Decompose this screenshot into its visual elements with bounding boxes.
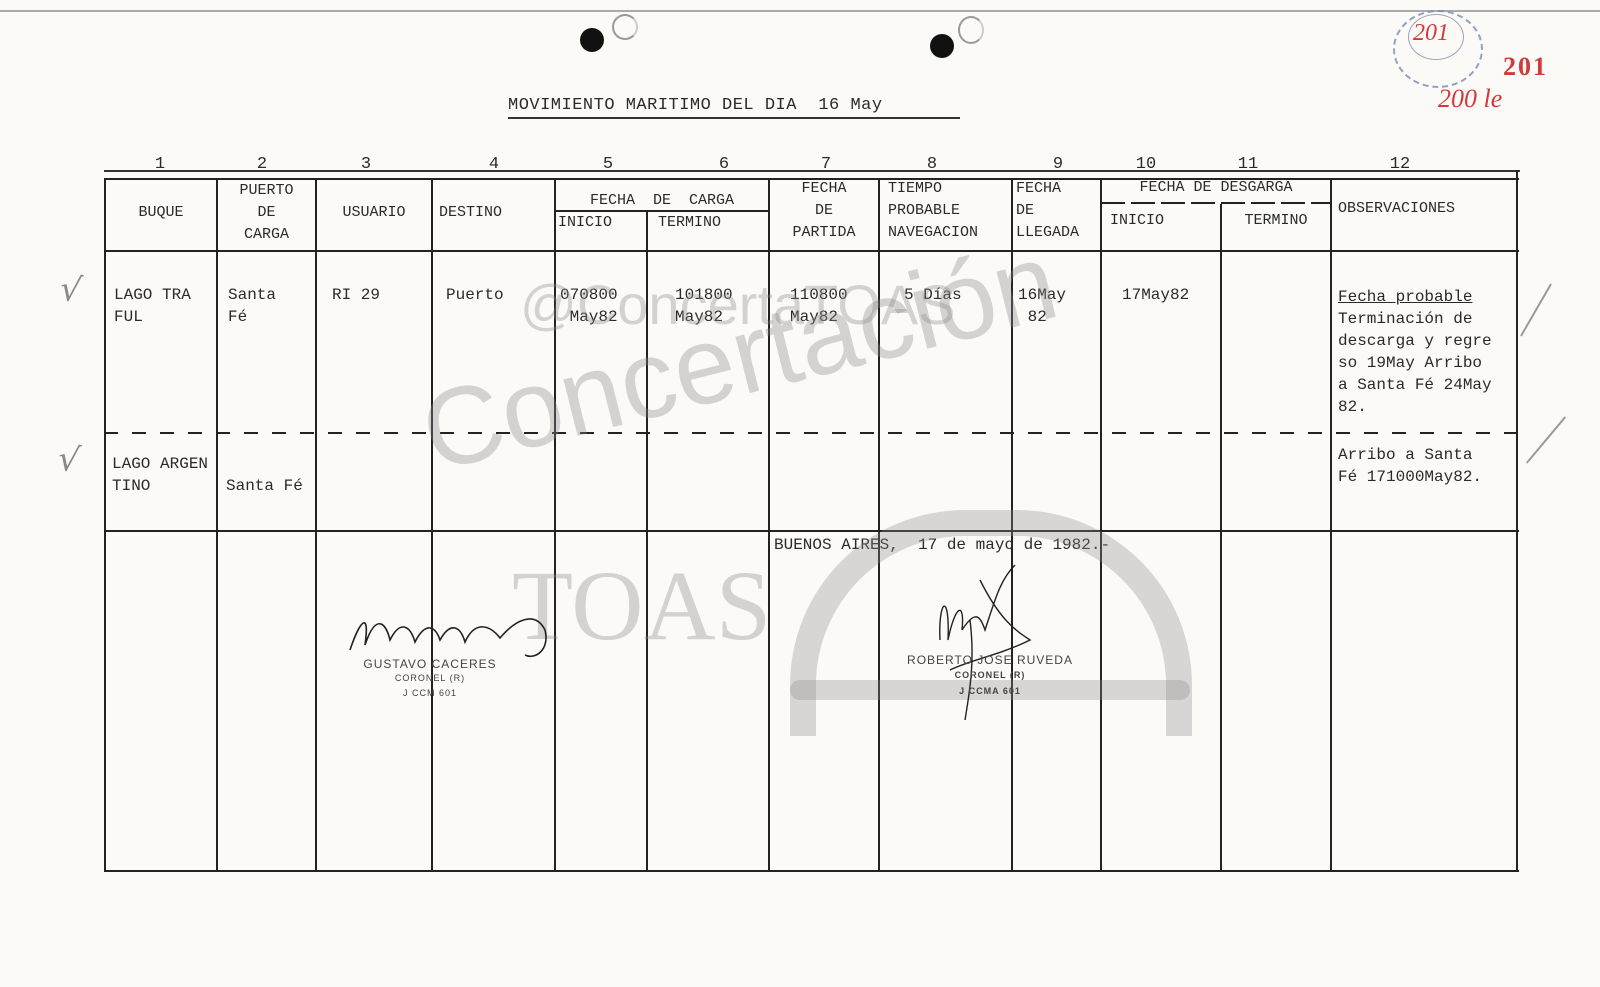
page-number-printed: 201	[1503, 52, 1548, 82]
signature-rank-1: CORONEL (R)	[340, 673, 520, 683]
column-divider	[315, 178, 317, 872]
header-fecha-partida: FECHA DE PARTIDA	[770, 178, 878, 244]
row2-observaciones: Arribo a Santa Fé 171000May82.	[1338, 444, 1482, 488]
signature-name-1: GUSTAVO CACERES	[340, 657, 520, 671]
header-carga-inicio: INICIO	[556, 212, 648, 234]
pencil-mark-right	[1520, 284, 1552, 337]
row2-buque: LAGO ARGEN TINO	[112, 453, 208, 497]
header-descarga-inicio: INICIO	[1102, 210, 1228, 232]
header-buque: BUQUE	[106, 202, 216, 224]
signature-unit-1: J CCM 601	[340, 688, 520, 698]
signature-ruveda	[920, 560, 1060, 720]
signature-unit-2: J CCMA 601	[890, 686, 1090, 696]
row1-usuario: RI 29	[332, 284, 380, 306]
document-title: MOVIMIENTO MARITIMO DEL DIA 16 May	[508, 96, 883, 115]
header-descarga-termino: TERMINO	[1222, 210, 1330, 232]
row1-destino: Puerto	[446, 284, 504, 306]
check-mark-icon: √	[57, 269, 84, 312]
row1-puerto-carga: Santa Fé	[228, 284, 276, 328]
table-left-border	[104, 178, 106, 872]
header-usuario: USUARIO	[317, 202, 431, 224]
punch-hole-left	[580, 28, 604, 52]
row1-descarga-inicio: 17May82	[1122, 284, 1189, 306]
header-puerto-carga: PUERTO DE CARGA	[218, 180, 315, 246]
column-divider	[431, 178, 433, 872]
pencil-mark-right	[1526, 416, 1566, 463]
row1-buque: LAGO TRA FUL	[106, 284, 216, 328]
column-divider	[1100, 178, 1102, 872]
column-divider	[216, 178, 218, 872]
header-fecha-carga: FECHA DE CARGA	[556, 190, 768, 212]
row1-observaciones-heading: Fecha probable	[1338, 286, 1472, 308]
row1-observaciones: Terminación de descarga y regre so 19May…	[1338, 308, 1492, 418]
signature-rank-2: CORONEL (R)	[890, 670, 1090, 680]
table-right-border	[1516, 170, 1518, 872]
page-number-handwritten: 201	[1413, 20, 1449, 47]
scan-top-edge	[0, 10, 1600, 12]
header-carga-termino: TERMINO	[648, 212, 778, 234]
header-destino: DESTINO	[433, 202, 539, 224]
column-divider	[1220, 204, 1222, 872]
signature-name-2: ROBERTO JOSE RUVEDA	[890, 653, 1090, 667]
header-fecha-descarga: FECHA DE DESGARGA	[1102, 177, 1330, 199]
punch-hole-ring-right	[958, 16, 984, 44]
column-number-rule	[104, 170, 1520, 172]
title-underline	[508, 117, 960, 119]
page-note-handwritten: 200 le	[1438, 84, 1502, 114]
punch-hole-right	[930, 34, 954, 58]
watermark-concertacion: Concertación	[409, 217, 1069, 497]
descarga-subheader-rule	[1101, 202, 1331, 204]
check-mark-icon: √	[55, 439, 82, 482]
punch-hole-ring-left	[612, 14, 638, 40]
header-observaciones: OBSERVACIONES	[1332, 198, 1522, 220]
row2-puerto-carga: Santa Fé	[226, 475, 303, 497]
column-divider	[1330, 178, 1332, 872]
